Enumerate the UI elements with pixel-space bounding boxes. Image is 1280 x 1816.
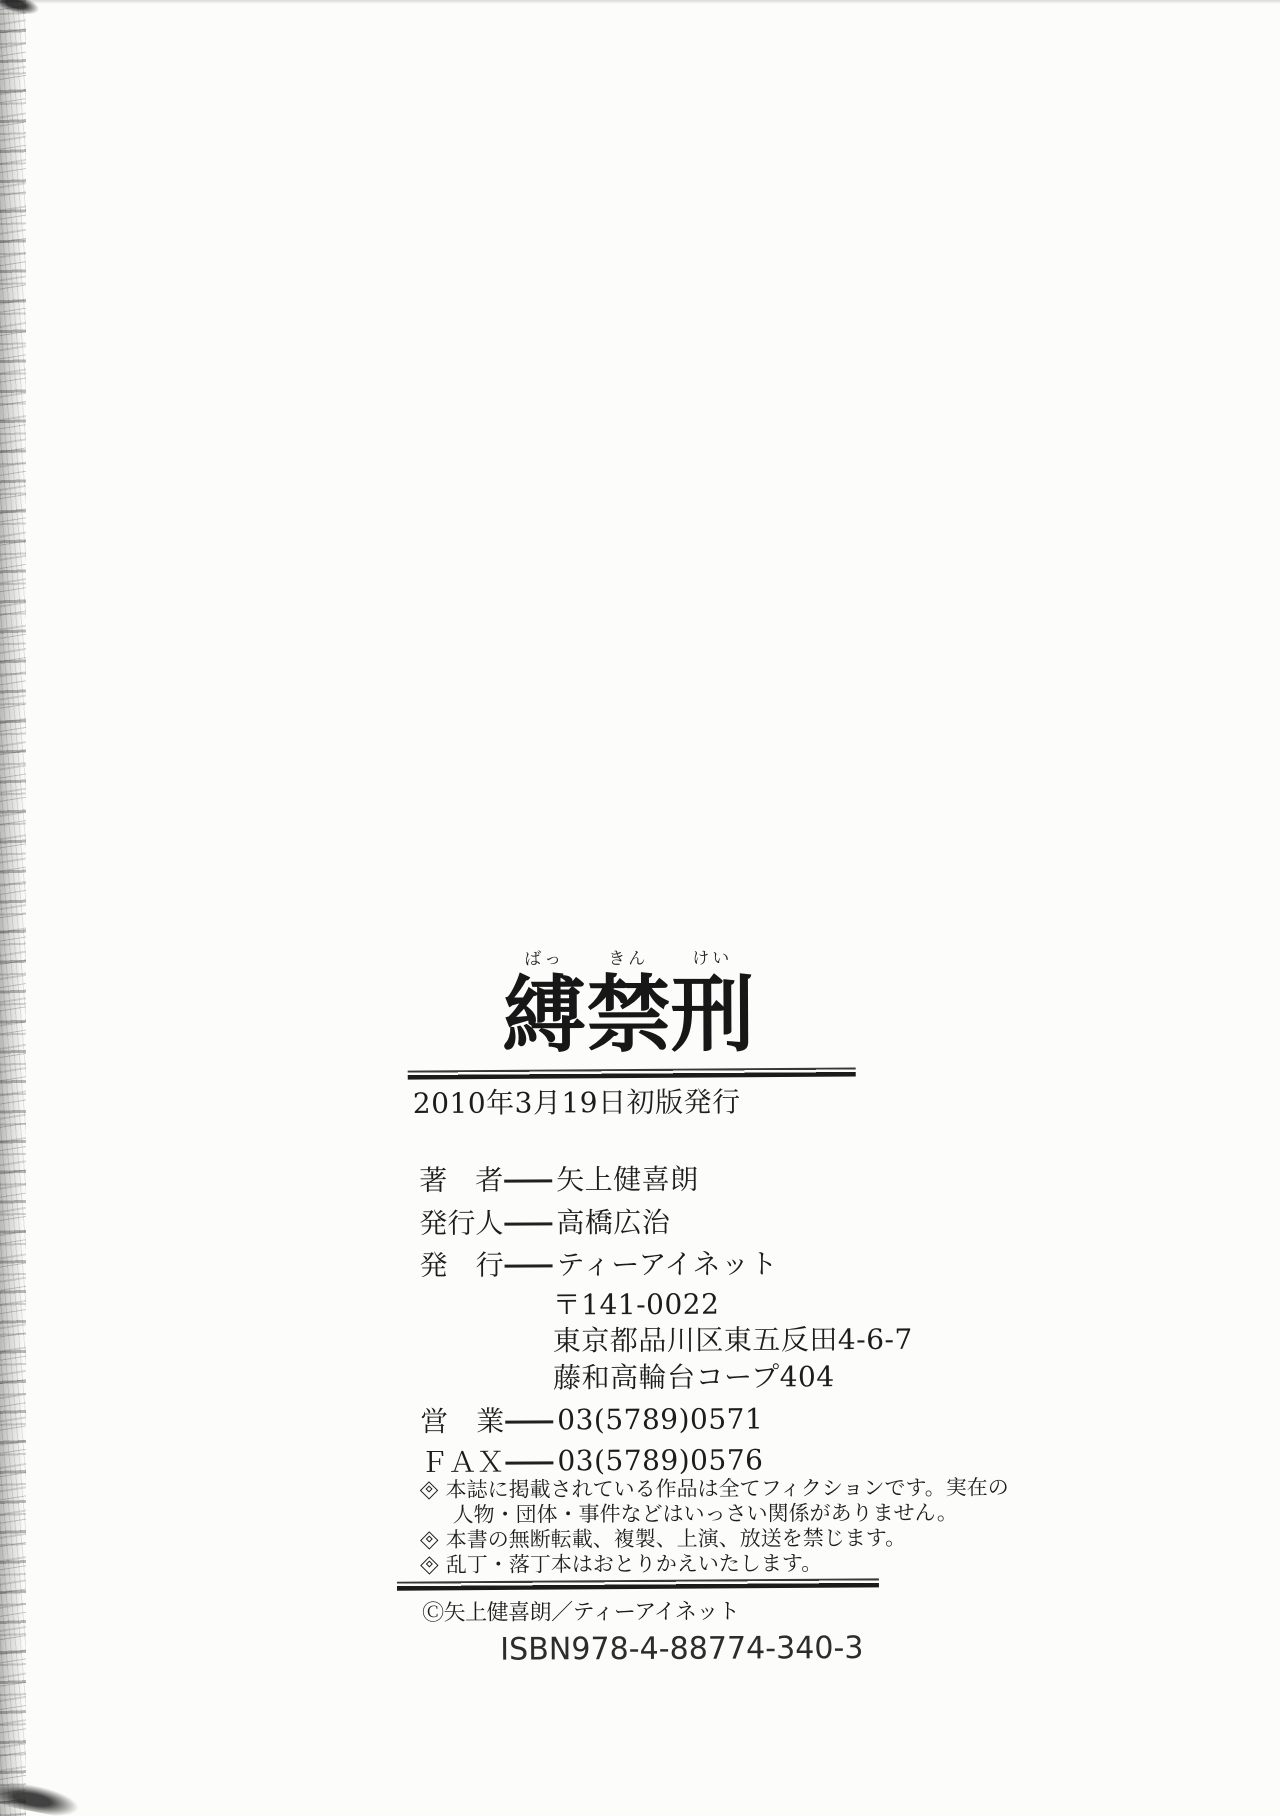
credit-label: 著 者 <box>419 1159 504 1199</box>
contact-row-sales: 営 業 03(5789)0571 <box>420 1398 763 1439</box>
label-dash <box>505 1461 553 1464</box>
contact-label: ＦＡＸ <box>420 1441 505 1481</box>
label-dash <box>505 1264 553 1267</box>
colophon-page: ばっ 縛 きん 禁 けい 刑 2010年3月19日初版発行 著 者 矢上健喜朗 … <box>0 0 1280 1816</box>
credit-value: 高橋広治 <box>556 1201 670 1241</box>
notice-text: 本書の無断転載、複製、上演、放送を禁じます。 <box>446 1526 906 1553</box>
title-character-group: ばっ 縛 <box>502 948 587 1061</box>
credit-value: 矢上健喜朗 <box>556 1158 699 1199</box>
notice-line: 本書の無断転載、複製、上演、放送を禁じます。 <box>423 1526 906 1553</box>
address-line: 藤和高輪台コープ404 <box>553 1355 835 1396</box>
notice-line: 乱丁・落丁本はおとりかえいたします。 <box>423 1551 822 1578</box>
credit-label: 発 行 <box>419 1244 504 1284</box>
notice-line: 本誌に掲載されている作品は全てフィクションです。実在の <box>422 1475 1008 1503</box>
postal-code: 〒141-0022 <box>553 1283 720 1324</box>
credit-row-publisher-person: 発行人 高橋広治 <box>419 1201 670 1242</box>
label-dash <box>504 1222 552 1225</box>
credit-label: 発行人 <box>419 1202 504 1242</box>
diamond-bullet-icon <box>420 1556 438 1574</box>
copyright-line: Ⓒ矢上健喜朗／ティーアイネット <box>422 1595 740 1627</box>
notice-text: 人物・団体・事件などはいっさい関係がありません。 <box>453 1501 958 1528</box>
label-dash <box>504 1179 552 1182</box>
label-dash <box>505 1420 553 1423</box>
title-character-group: きん 禁 <box>586 948 671 1061</box>
title-kanji: 縛 <box>502 970 586 1061</box>
isbn-number: ISBN978-4-88774-340-3 <box>500 1630 863 1668</box>
notice-line-continuation: 人物・団体・事件などはいっさい関係がありません。 <box>453 1501 958 1528</box>
credit-value: ティーアイネット <box>556 1242 778 1283</box>
contact-label: 営 業 <box>420 1400 505 1440</box>
footer-separator-rule <box>397 1578 879 1590</box>
title-kanji: 禁 <box>586 970 670 1061</box>
book-title: ばっ 縛 きん 禁 けい 刑 <box>413 947 843 1062</box>
contact-value: 03(5789)0571 <box>557 1402 763 1436</box>
title-character-group: けい 刑 <box>670 948 755 1061</box>
diamond-bullet-icon <box>420 1481 438 1499</box>
title-separator-rule <box>408 1067 856 1079</box>
contact-value: 03(5789)0576 <box>557 1443 763 1477</box>
notice-text: 本誌に掲載されている作品は全てフィクションです。実在の <box>445 1475 1008 1502</box>
address-line: 東京都品川区東五反田4-6-7 <box>553 1318 913 1360</box>
credit-row-publisher: 発 行 ティーアイネット <box>419 1242 778 1284</box>
diamond-bullet-icon <box>420 1531 438 1549</box>
title-kanji: 刑 <box>670 970 754 1061</box>
colophon-block: ばっ 縛 きん 禁 けい 刑 2010年3月19日初版発行 著 者 矢上健喜朗 … <box>0 0 1280 1816</box>
contact-row-fax: ＦＡＸ 03(5789)0576 <box>420 1439 763 1480</box>
edition-date: 2010年3月19日初版発行 <box>413 1081 741 1122</box>
credit-row-author: 著 者 矢上健喜朗 <box>419 1158 699 1199</box>
notice-text: 乱丁・落丁本はおとりかえいたします。 <box>446 1551 822 1578</box>
